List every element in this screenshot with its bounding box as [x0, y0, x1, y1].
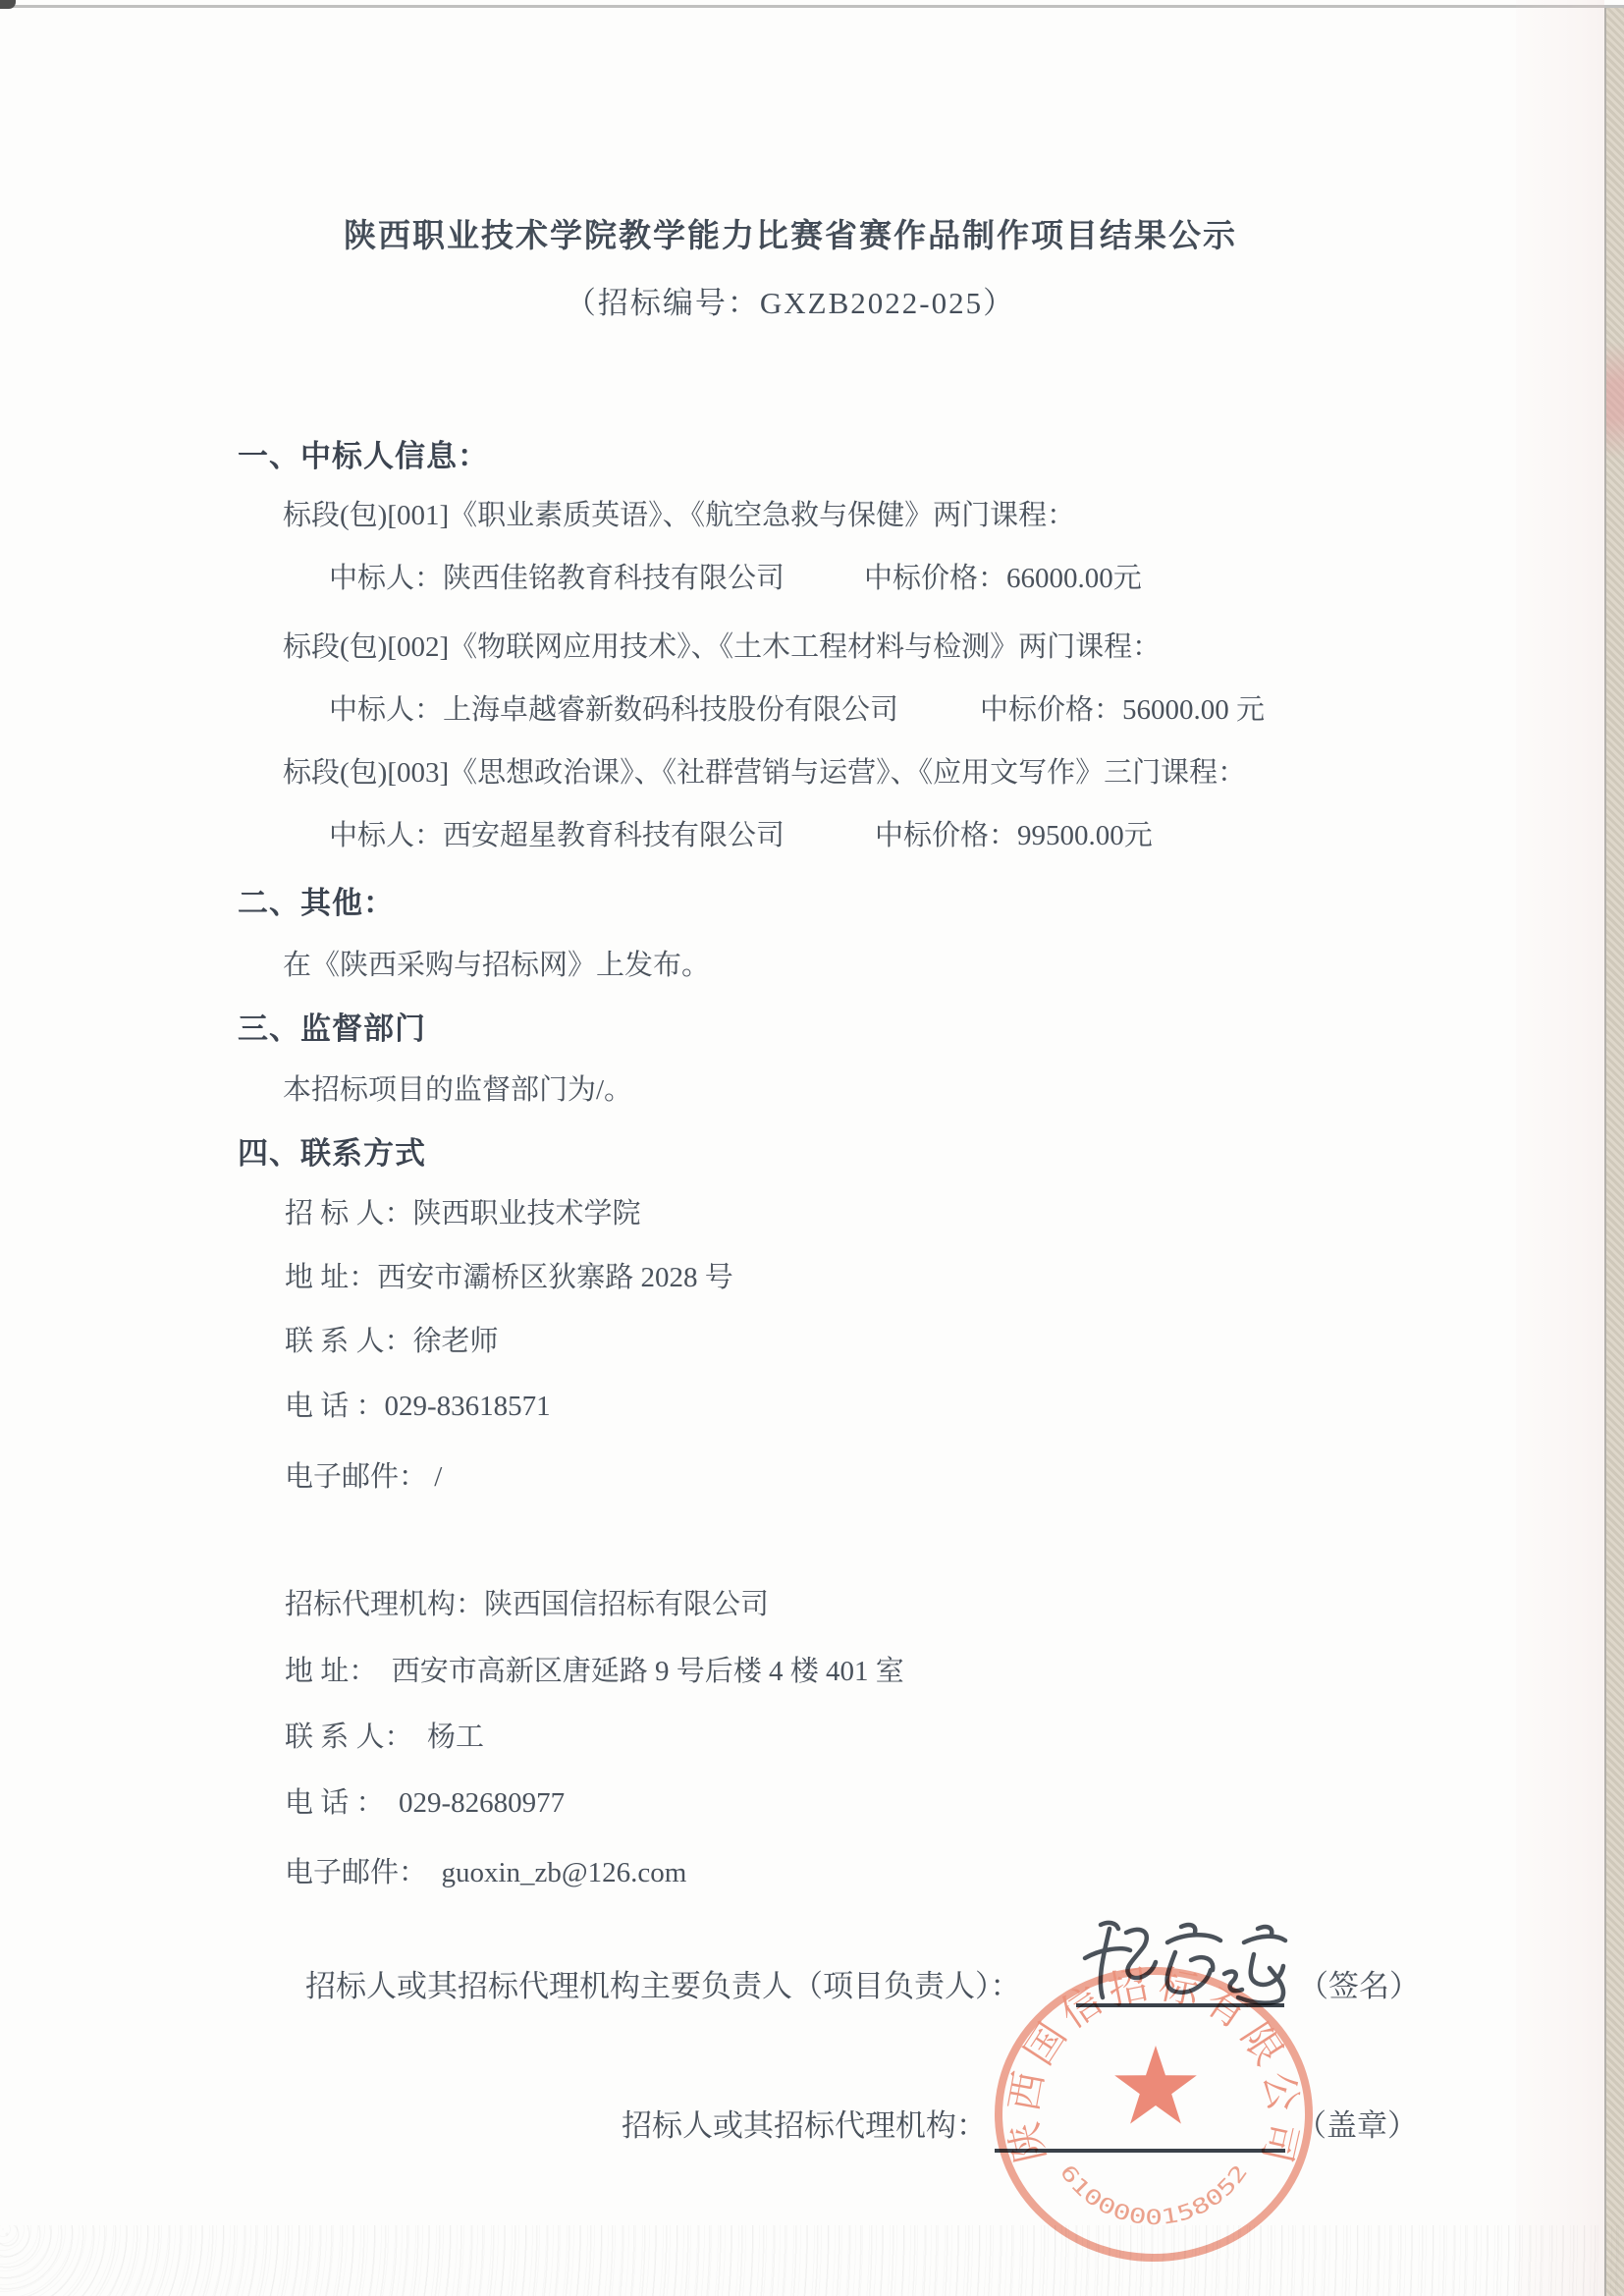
- tender-number-subtitle: （招标编号：GXZB2022-025）: [0, 285, 1581, 321]
- section-2-body: 在《陕西采购与招标网》上发布。: [283, 949, 710, 983]
- agency-seal-label: 招标人或其招标代理机构：: [622, 2107, 987, 2144]
- section-2-heading: 二、其他：: [238, 885, 395, 921]
- agency-name-line: 招标代理机构：陕西国信招标有限公司: [285, 1588, 769, 1622]
- handwritten-signature: [1065, 1917, 1291, 2015]
- agency-email-line: 电子邮件： guoxin_zb@126.com: [285, 1856, 686, 1890]
- section-3-heading: 三、监督部门: [238, 1011, 426, 1047]
- section-4-heading: 四、联系方式: [238, 1135, 426, 1172]
- lot-1-price: 中标价格：66000.00元: [864, 562, 1142, 596]
- lot-2-price: 中标价格：56000.00 元: [980, 693, 1265, 728]
- scan-top-edge: [0, 5, 1624, 8]
- scan-bottom-noise: [0, 2225, 1624, 2296]
- agency-phone-line: 电 话 ： 029-82680977: [285, 1786, 565, 1821]
- scan-pink-streak: [1516, 0, 1604, 2296]
- tenderer-email-line: 电子邮件： /: [285, 1460, 442, 1495]
- principal-signature-label: 招标人或其招标代理机构主要负责人（项目负责人）：: [305, 1968, 1021, 2004]
- seal-serial-number: 6100000158052: [1056, 2160, 1253, 2229]
- seal-star-icon: [1114, 2046, 1197, 2124]
- document-title: 陕西职业技术学院教学能力比赛省赛作品制作项目结果公示: [0, 218, 1581, 257]
- tenderer-name-line: 招 标 人：陕西职业技术学院: [285, 1197, 641, 1231]
- lot-2-description: 标段(包)[002]《物联网应用技术》、《土木工程材料与检测》两门课程：: [283, 630, 1161, 665]
- tenderer-address-line: 地 址：西安市灞桥区狄寨路 2028 号: [285, 1261, 733, 1295]
- tenderer-contact-line: 联 系 人：徐老师: [285, 1325, 499, 1359]
- lot-3-winner: 中标人：西安超星教育科技有限公司: [329, 819, 785, 853]
- scanned-document-page: 陕西职业技术学院教学能力比赛省赛作品制作项目结果公示 （招标编号：GXZB202…: [0, 0, 1624, 2296]
- scan-right-texture: [1604, 8, 1624, 2296]
- lot-1-winner: 中标人：陕西佳铭教育科技有限公司: [329, 562, 785, 596]
- section-1-heading: 一、中标人信息：: [238, 438, 489, 474]
- lot-2-winner: 中标人：上海卓越睿新数码科技股份有限公司: [329, 693, 898, 728]
- agency-address-line: 地 址： 西安市高新区唐延路 9 号后楼 4 楼 401 室: [285, 1655, 904, 1689]
- lot-3-description: 标段(包)[003]《思想政治课》、《社群营销与运营》、《应用文写作》三门课程：: [283, 756, 1246, 791]
- lot-3-price: 中标价格：99500.00元: [875, 819, 1153, 853]
- svg-text:6100000158052: 6100000158052: [1056, 2160, 1253, 2229]
- section-3-body: 本招标项目的监督部门为/。: [283, 1073, 632, 1108]
- agency-contact-line: 联 系 人： 杨工: [285, 1721, 484, 1755]
- lot-1-description: 标段(包)[001]《职业素质英语》、《航空急救与保健》两门课程：: [283, 499, 1075, 533]
- tenderer-phone-line: 电 话 ：029-83618571: [285, 1390, 551, 1424]
